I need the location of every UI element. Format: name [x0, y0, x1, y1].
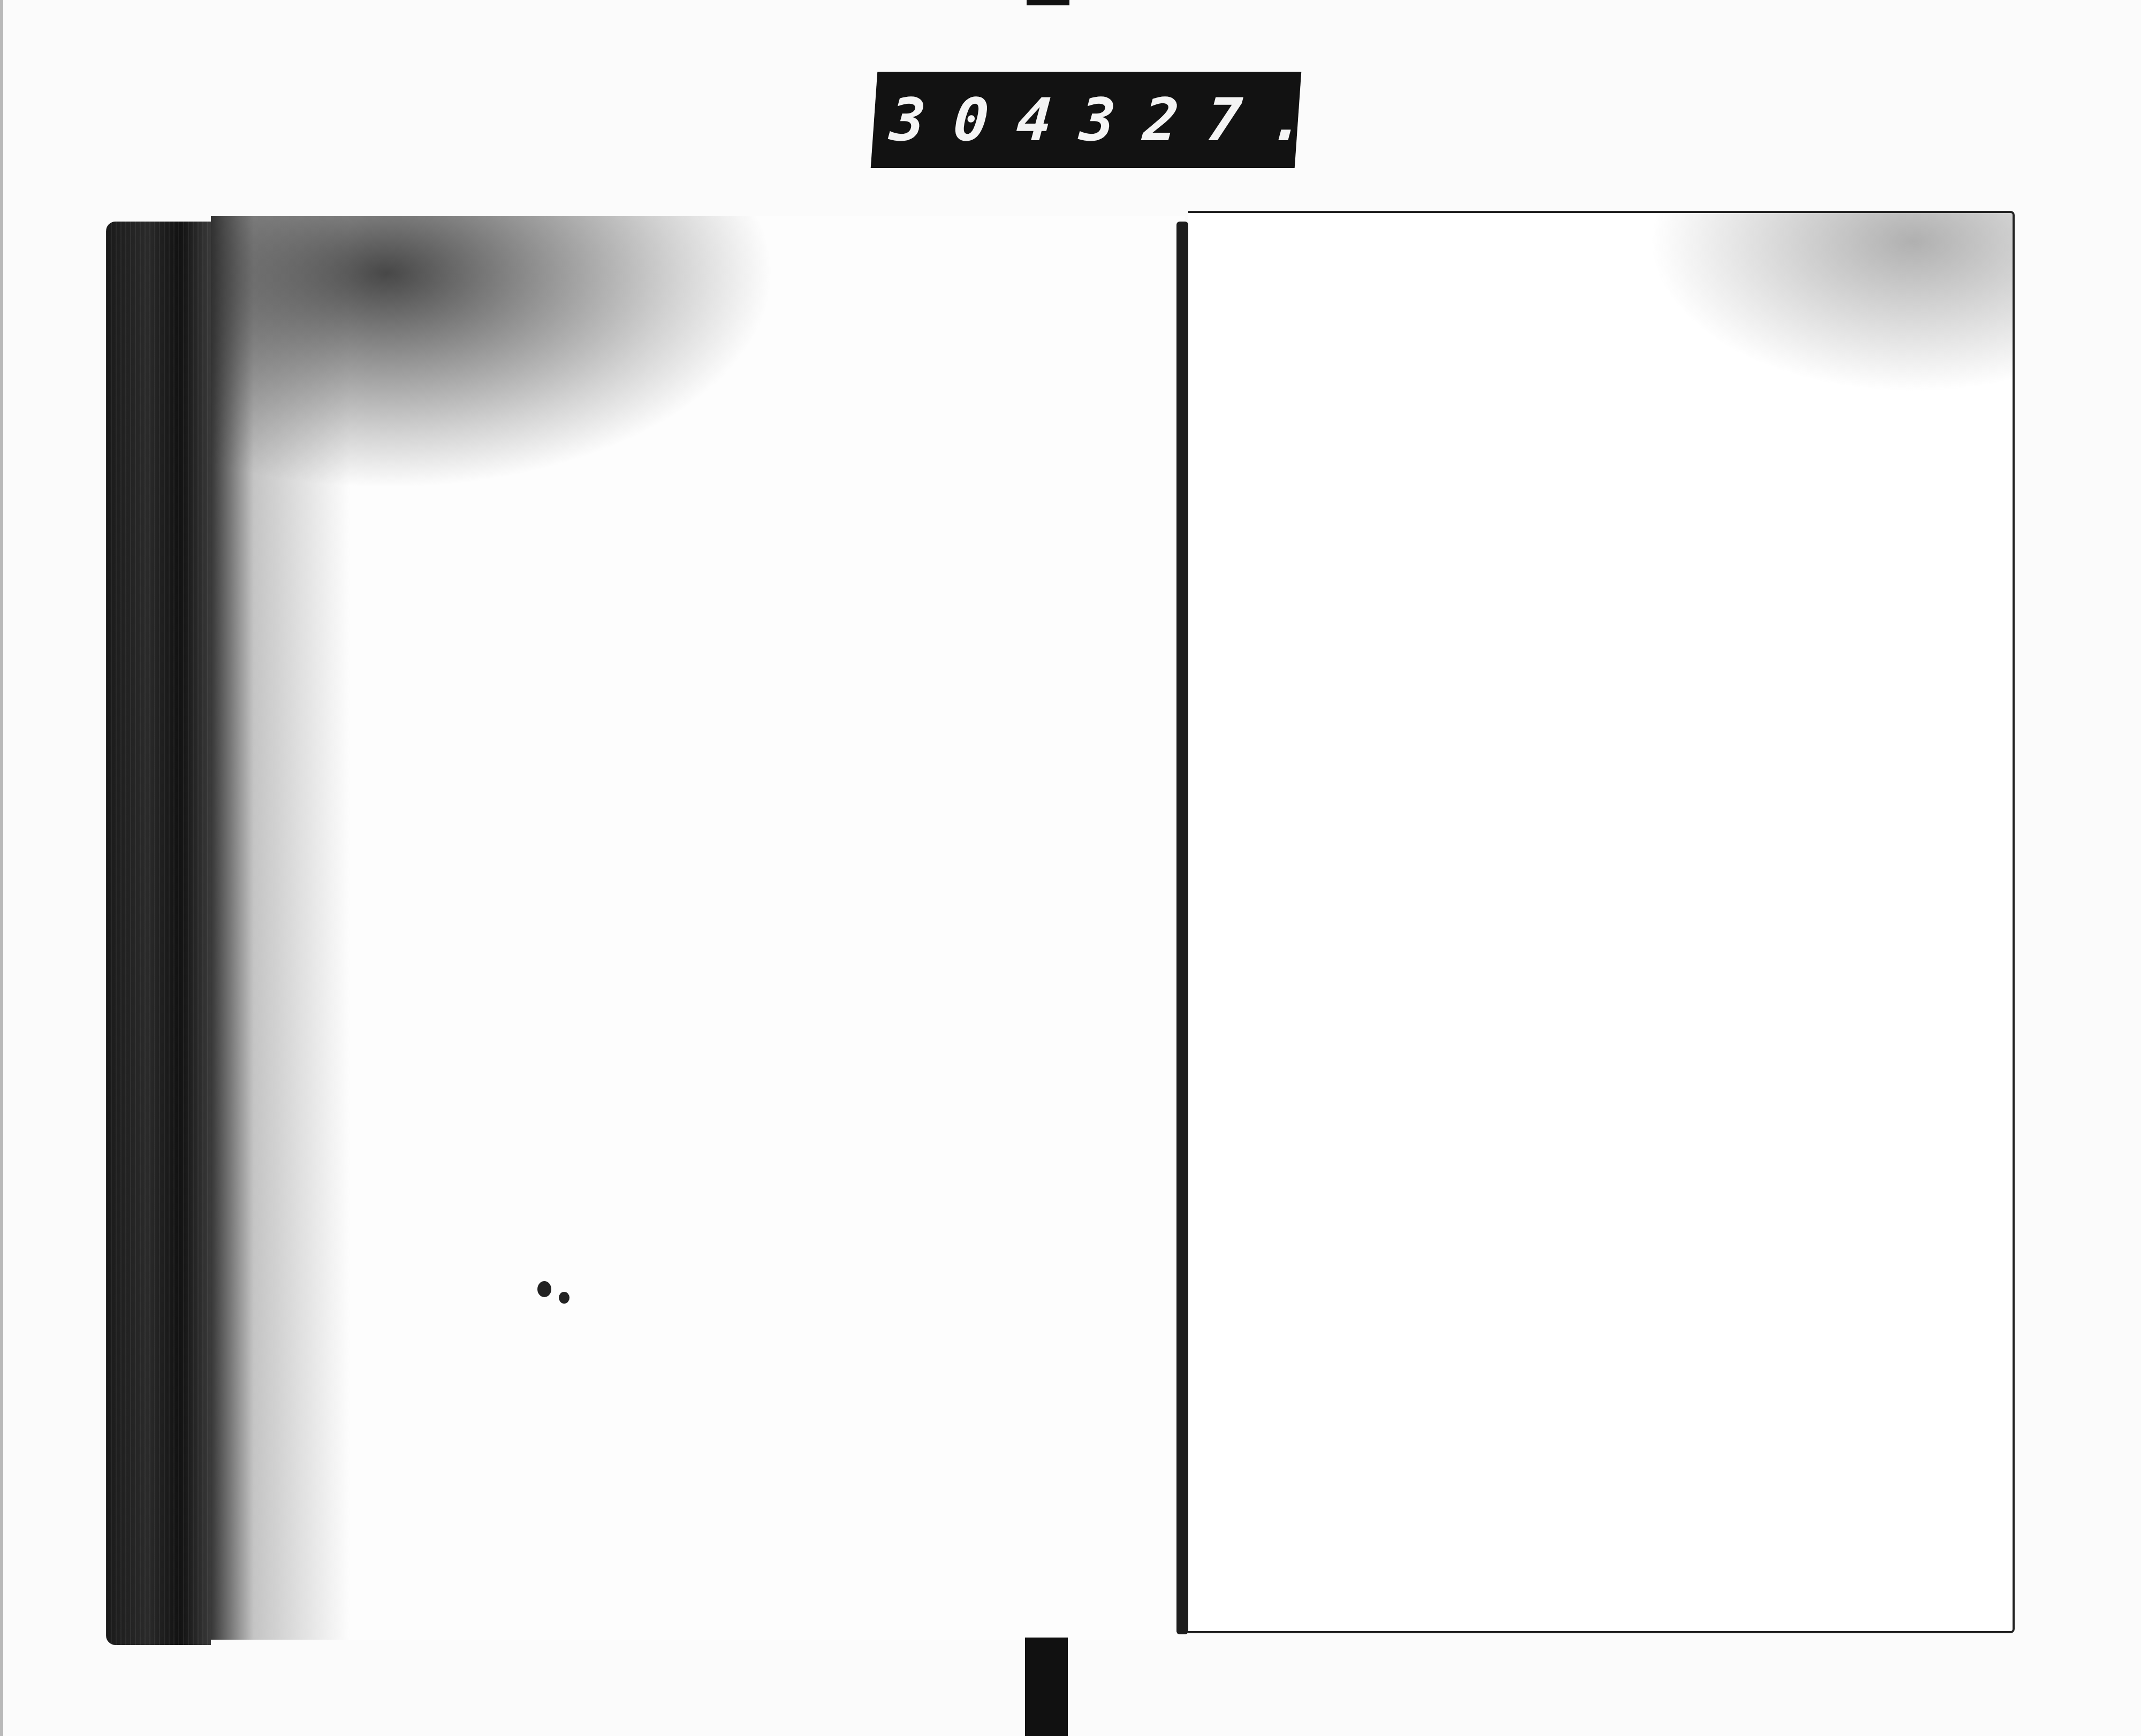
- frame-number-right: 327.: [1077, 86, 1335, 154]
- ink-stain: [559, 1292, 570, 1304]
- left-page: [211, 216, 1185, 1640]
- frame-number-left: 304: [888, 86, 1083, 154]
- frame-number-label: 304 327.: [871, 72, 1302, 168]
- book-spine: [106, 222, 211, 1645]
- top-registration-mark: [1027, 0, 1069, 5]
- book-gutter: [1176, 222, 1188, 1634]
- scan-edge: [0, 0, 3, 1736]
- open-book: [106, 211, 2011, 1656]
- ink-stain: [537, 1281, 551, 1297]
- right-page: [1188, 211, 2015, 1633]
- bottom-registration-mark: [1025, 1638, 1068, 1736]
